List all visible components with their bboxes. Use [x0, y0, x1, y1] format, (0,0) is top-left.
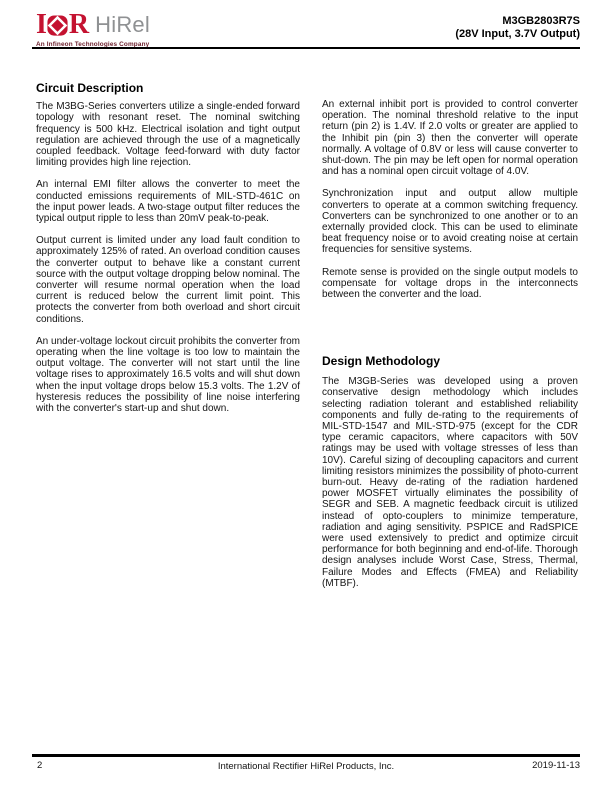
- footer-company-name: International Rectifier HiRel Products, …: [0, 761, 612, 772]
- paragraph: Synchronization input and output allow m…: [322, 188, 578, 255]
- footer-divider: [32, 754, 580, 757]
- ir-hirel-logo: I R HiRel An Infineon Technologies Compa…: [36, 12, 150, 48]
- paragraph: Output current is limited under any load…: [36, 235, 300, 325]
- circuit-description-heading: Circuit Description: [36, 83, 300, 94]
- design-methodology-heading: Design Methodology: [322, 356, 578, 367]
- logo-row: I R HiRel: [36, 12, 150, 38]
- paragraph: An external inhibit port is provided to …: [322, 99, 578, 177]
- design-methodology-section: Design Methodology The M3GB-Series was d…: [322, 356, 578, 600]
- document-title-block: M3GB2803R7S (28V Input, 3.7V Output): [455, 15, 580, 40]
- footer-date: 2019-11-13: [532, 760, 580, 771]
- logo-letter-r: R: [69, 12, 88, 38]
- right-column-section: An external inhibit port is provided to …: [322, 99, 578, 311]
- datasheet-page: I R HiRel An Infineon Technologies Compa…: [0, 0, 612, 792]
- ir-pinwheel-icon: [47, 15, 68, 36]
- paragraph: The M3BG-Series converters utilize a sin…: [36, 101, 300, 168]
- logo-letter-i: I: [36, 12, 46, 38]
- paragraph: The M3GB-Series was developed using a pr…: [322, 376, 578, 589]
- part-subtitle: (28V Input, 3.7V Output): [455, 28, 580, 41]
- paragraph: Remote sense is provided on the single o…: [322, 267, 578, 301]
- paragraph: An internal EMI filter allows the conver…: [36, 179, 300, 224]
- part-number: M3GB2803R7S: [455, 15, 580, 28]
- header-divider: [32, 47, 580, 49]
- logo-hirel-text: HiRel: [95, 13, 150, 37]
- circuit-description-section: Circuit Description The M3BG-Series conv…: [36, 83, 300, 425]
- paragraph: An under-voltage lockout circuit prohibi…: [36, 336, 300, 414]
